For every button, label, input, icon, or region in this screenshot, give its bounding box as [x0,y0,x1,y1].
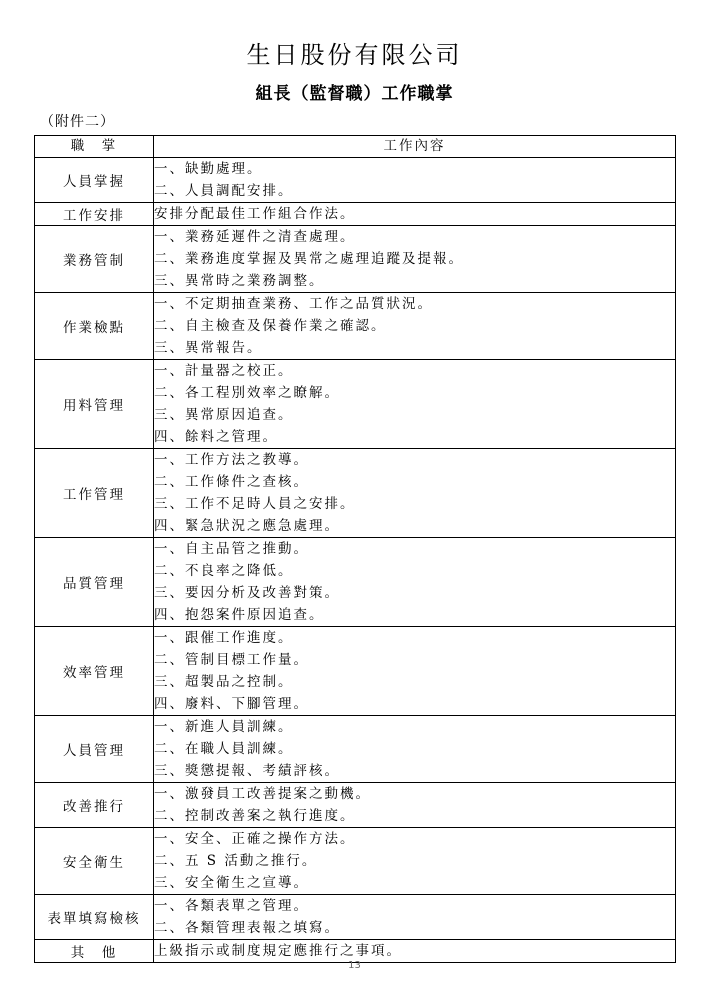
content-item: 上級指示或制度規定應推行之事項。 [154,940,675,962]
duty-cell: 表單填寫檢核 [35,895,154,940]
content-item: 三、異常時之業務調整。 [154,270,675,292]
content-cell: 一、各類表單之管理。二、各類管理表報之填寫。 [154,895,676,940]
content-item: 二、工作條件之查核。 [154,471,675,493]
document-subtitle: 組長（監督職）工作職掌 [0,82,709,106]
table-row: 工作安排安排分配最佳工作組合作法。 [35,203,676,226]
duty-cell: 工作安排 [35,203,154,226]
content-item: 一、業務延遲件之清查處理。 [154,226,675,248]
content-cell: 一、不定期抽查業務、工作之品質狀況。二、自主檢查及保養作業之確認。三、異常報告。 [154,293,676,360]
content-item: 二、控制改善案之執行進度。 [154,805,675,827]
table-row: 工作管理一、工作方法之教導。二、工作條件之查核。三、工作不足時人員之安排。四、緊… [35,449,676,538]
duty-cell: 人員管理 [35,716,154,783]
company-title: 生日股份有限公司 [0,40,709,70]
content-cell: 一、激發員工改善提案之動機。二、控制改善案之執行進度。 [154,783,676,828]
duty-cell: 業務管制 [35,226,154,293]
content-item: 一、計量器之校正。 [154,360,675,382]
table-row: 安全衛生一、安全、正確之操作方法。二、五 S 活動之推行。三、安全衛生之宣導。 [35,828,676,895]
content-cell: 一、缺勤處理。二、人員調配安排。 [154,158,676,203]
table-body: 人員掌握一、缺勤處理。二、人員調配安排。工作安排安排分配最佳工作組合作法。業務管… [35,158,676,963]
table-row: 作業檢點一、不定期抽查業務、工作之品質狀況。二、自主檢查及保養作業之確認。三、異… [35,293,676,360]
duty-cell: 人員掌握 [35,158,154,203]
content-item: 三、工作不足時人員之安排。 [154,493,675,515]
content-item: 一、缺勤處理。 [154,158,675,180]
duty-cell: 用料管理 [35,360,154,449]
duty-cell: 改善推行 [35,783,154,828]
content-cell: 一、安全、正確之操作方法。二、五 S 活動之推行。三、安全衛生之宣導。 [154,828,676,895]
content-cell: 一、新進人員訓練。二、在職人員訓練。三、獎懲提報、考績評核。 [154,716,676,783]
duty-cell: 工作管理 [35,449,154,538]
attachment-label: （附件二） [40,112,115,132]
content-item: 一、激發員工改善提案之動機。 [154,783,675,805]
table-row: 品質管理一、自主品管之推動。二、不良率之降低。三、要因分析及改善對策。四、抱怨案… [35,538,676,627]
content-item: 二、自主檢查及保養作業之確認。 [154,315,675,337]
table-row: 表單填寫檢核一、各類表單之管理。二、各類管理表報之填寫。 [35,895,676,940]
content-item: 二、各類管理表報之填寫。 [154,917,675,939]
content-cell: 一、業務延遲件之清查處理。二、業務進度掌握及異常之處理追蹤及提報。三、異常時之業… [154,226,676,293]
content-item: 三、獎懲提報、考績評核。 [154,760,675,782]
content-item: 一、自主品管之推動。 [154,538,675,560]
content-item: 一、不定期抽查業務、工作之品質狀況。 [154,293,675,315]
content-item: 一、跟催工作進度。 [154,627,675,649]
header-duty: 職 掌 [35,136,154,158]
content-item: 一、工作方法之教導。 [154,449,675,471]
table-row: 人員管理一、新進人員訓練。二、在職人員訓練。三、獎懲提報、考績評核。 [35,716,676,783]
page-number: 13 [0,960,709,971]
duty-cell: 作業檢點 [35,293,154,360]
duty-cell: 效率管理 [35,627,154,716]
content-item: 二、在職人員訓練。 [154,738,675,760]
content-cell: 一、自主品管之推動。二、不良率之降低。三、要因分析及改善對策。四、抱怨案件原因追… [154,538,676,627]
content-item: 三、異常原因追查。 [154,404,675,426]
content-cell: 一、跟催工作進度。二、管制目標工作量。三、超製品之控制。四、廢料、下腳管理。 [154,627,676,716]
content-item: 二、各工程別效率之瞭解。 [154,382,675,404]
content-item: 一、各類表單之管理。 [154,895,675,917]
duty-table: 職 掌 工作內容 人員掌握一、缺勤處理。二、人員調配安排。工作安排安排分配最佳工… [34,135,676,963]
content-cell: 安排分配最佳工作組合作法。 [154,203,676,226]
content-item: 二、不良率之降低。 [154,560,675,582]
content-item: 三、異常報告。 [154,337,675,359]
content-item: 安排分配最佳工作組合作法。 [154,203,675,225]
header-content: 工作內容 [154,136,676,158]
duty-cell: 安全衛生 [35,828,154,895]
table-row: 效率管理一、跟催工作進度。二、管制目標工作量。三、超製品之控制。四、廢料、下腳管… [35,627,676,716]
content-item: 三、安全衛生之宣導。 [154,872,675,894]
content-item: 二、五 S 活動之推行。 [154,850,675,872]
content-item: 三、超製品之控制。 [154,671,675,693]
content-item: 二、人員調配安排。 [154,180,675,202]
content-item: 二、管制目標工作量。 [154,649,675,671]
table-row: 改善推行一、激發員工改善提案之動機。二、控制改善案之執行進度。 [35,783,676,828]
content-item: 一、新進人員訓練。 [154,716,675,738]
table-header-row: 職 掌 工作內容 [35,136,676,158]
content-cell: 一、計量器之校正。二、各工程別效率之瞭解。三、異常原因追查。四、餘料之管理。 [154,360,676,449]
content-item: 二、業務進度掌握及異常之處理追蹤及提報。 [154,248,675,270]
content-cell: 一、工作方法之教導。二、工作條件之查核。三、工作不足時人員之安排。四、緊急狀況之… [154,449,676,538]
table-row: 業務管制一、業務延遲件之清查處理。二、業務進度掌握及異常之處理追蹤及提報。三、異… [35,226,676,293]
duty-cell: 品質管理 [35,538,154,627]
content-item: 四、抱怨案件原因追查。 [154,604,675,626]
content-item: 四、餘料之管理。 [154,426,675,448]
content-item: 四、緊急狀況之應急處理。 [154,515,675,537]
table-row: 人員掌握一、缺勤處理。二、人員調配安排。 [35,158,676,203]
content-item: 四、廢料、下腳管理。 [154,693,675,715]
table-row: 用料管理一、計量器之校正。二、各工程別效率之瞭解。三、異常原因追查。四、餘料之管… [35,360,676,449]
content-item: 一、安全、正確之操作方法。 [154,828,675,850]
content-item: 三、要因分析及改善對策。 [154,582,675,604]
